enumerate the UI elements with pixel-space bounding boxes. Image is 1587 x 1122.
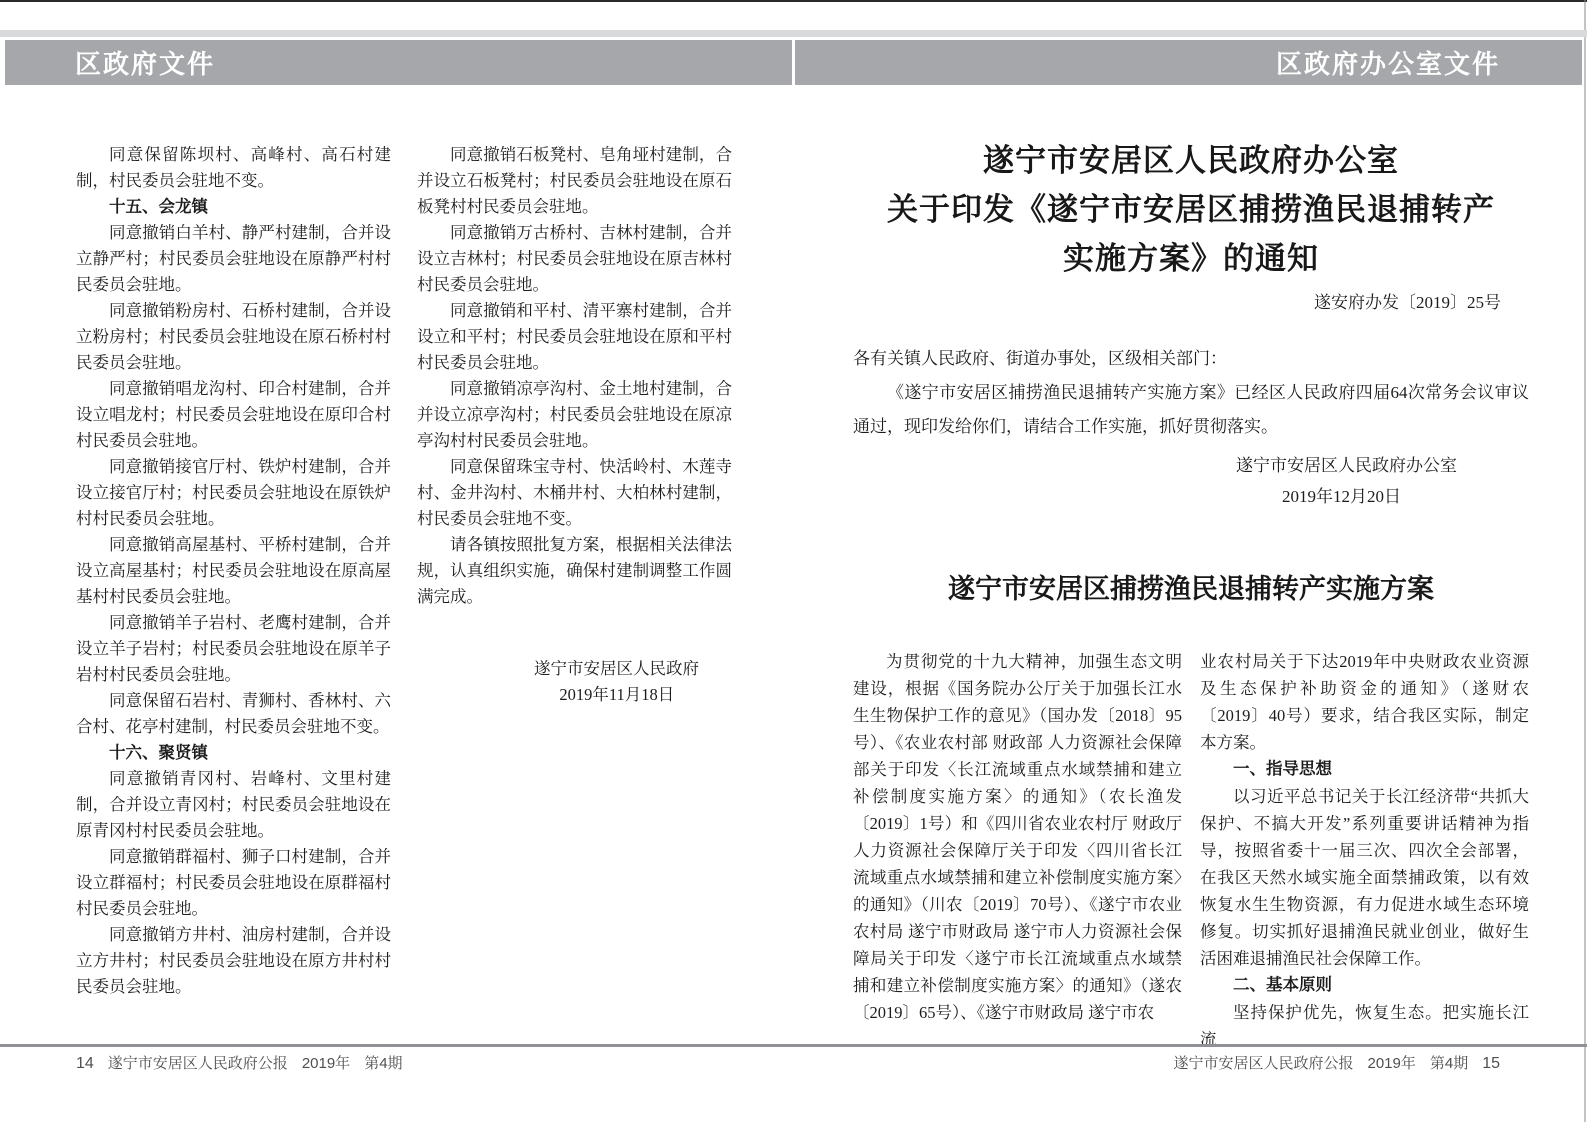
notice-signature: 遂宁市安居区人民政府办公室2019年12月20日 xyxy=(853,450,1529,512)
left-page-column-1: 同意保留陈坝村、高峰村、高石村建制，村民委员会驻地不变。十五、会龙镇同意撤销白羊… xyxy=(76,142,391,1000)
scan-top-edge-line xyxy=(0,0,1587,2)
paragraph: 同意撤销和平村、清平寨村建制，合并设立和平村；村民委员会驻地设在原和平村村民委员… xyxy=(417,298,732,376)
gazette-spread: { "page_left": { "header": "区政府文件", "col… xyxy=(0,0,1587,1122)
paragraph: 遂宁市安居区人民政府办公室 xyxy=(853,450,1529,481)
left-page-header-label: 区政府文件 xyxy=(75,44,215,81)
journal-name: 遂宁市安居区人民政府公报 xyxy=(108,1052,288,1073)
paragraph: 一、指导思想 xyxy=(1200,756,1529,783)
paragraph: 遂宁市安居区人民政府 xyxy=(417,656,732,682)
notice-title: 遂宁市安居区人民政府办公室 关于印发《遂宁市安居区捕捞渔民退捕转产 实施方案》的… xyxy=(853,136,1529,283)
plan-title: 遂宁市安居区捕捞渔民退捕转产实施方案 xyxy=(853,567,1529,606)
paragraph: 为贯彻党的十九大精神，加强生态文明建设，根据《国务院办公厅关于加强长江水生生物保… xyxy=(853,648,1182,1026)
paragraph: 同意撤销粉房村、石桥村建制，合并设立粉房村；村民委员会驻地设在原石桥村村民委员会… xyxy=(76,298,391,376)
right-page-header-bar: 区政府办公室文件 xyxy=(795,40,1582,85)
paragraph: 同意保留石岩村、青狮村、香林村、六合村、花亭村建制，村民委员会驻地不变。 xyxy=(76,688,391,740)
paragraph: 业农村局关于下达2019年中央财政农业资源及生态保护补助资金的通知》（遂财农〔2… xyxy=(1200,648,1529,756)
paragraph: 十六、聚贤镇 xyxy=(76,740,391,766)
journal-issue: 第4期 xyxy=(1430,1052,1468,1073)
paragraph: 同意撤销高屋基村、平桥村建制，合并设立高屋基村；村民委员会驻地设在原高屋基村村民… xyxy=(76,532,391,610)
left-page-body: 同意保留陈坝村、高峰村、高石村建制，村民委员会驻地不变。十五、会龙镇同意撤销白羊… xyxy=(76,142,732,1000)
paragraph: 同意撤销万古桥村、吉林村建制，合并设立吉林村；村民委员会驻地设在原吉林村村民委员… xyxy=(417,220,732,298)
left-page-header-bar: 区政府文件 xyxy=(5,40,792,85)
left-page-footer: 14 遂宁市安居区人民政府公报 2019年 第4期 xyxy=(76,1052,403,1073)
scan-right-edge-line xyxy=(1584,0,1586,1122)
paragraph: 各有关镇人民政府、街道办事处，区级相关部门： xyxy=(853,342,1529,376)
journal-year: 2019年 xyxy=(1367,1052,1415,1073)
paragraph: 同意撤销凉亭沟村、金土地村建制，合并设立凉亭沟村；村民委员会驻地设在原凉亭沟村村… xyxy=(417,376,732,454)
journal-issue: 第4期 xyxy=(364,1052,402,1073)
right-page-column-1: 为贯彻党的十九大精神，加强生态文明建设，根据《国务院办公厅关于加强长江水生生物保… xyxy=(853,648,1182,1053)
left-page-number: 14 xyxy=(76,1055,94,1073)
right-page-body: 为贯彻党的十九大精神，加强生态文明建设，根据《国务院办公厅关于加强长江水生生物保… xyxy=(853,648,1529,1053)
paragraph: 《遂宁市安居区捕捞渔民退捕转产实施方案》已经区人民政府四届64次常务会议审议通过… xyxy=(853,376,1529,444)
paragraph: 同意撤销唱龙沟村、印合村建制，合并设立唱龙村；村民委员会驻地设在原印合村村民委员… xyxy=(76,376,391,454)
header-accent-strip xyxy=(0,30,1587,37)
right-page-footer: 遂宁市安居区人民政府公报 2019年 第4期 15 xyxy=(1173,1052,1500,1073)
paragraph: 同意撤销白羊村、静严村建制，合并设立静严村；村民委员会驻地设在原静严村村民委员会… xyxy=(76,220,391,298)
paragraph: 请各镇按照批复方案，根据相关法律法规，认真组织实施，确保村建制调整工作圆满完成。 xyxy=(417,532,732,610)
document-number: 遂安府办发〔2019〕25号 xyxy=(853,288,1529,313)
paragraph: 二、基本原则 xyxy=(1200,972,1529,999)
journal-name: 遂宁市安居区人民政府公报 xyxy=(1173,1052,1353,1073)
paragraph: 同意撤销青冈村、岩峰村、文里村建制，合并设立青冈村；村民委员会驻地设在原青冈村村… xyxy=(76,766,391,844)
paragraph: 同意撤销群福村、狮子口村建制，合并设立群福村；村民委员会驻地设在原群福村村民委员… xyxy=(76,844,391,922)
right-page-header-label: 区政府办公室文件 xyxy=(1276,44,1500,81)
paragraph: 十五、会龙镇 xyxy=(76,194,391,220)
paragraph: 2019年12月20日 xyxy=(853,481,1529,512)
right-page-number: 15 xyxy=(1482,1055,1500,1073)
paragraph: 同意保留陈坝村、高峰村、高石村建制，村民委员会驻地不变。 xyxy=(76,142,391,194)
paragraph: 同意撤销方井村、油房村建制，合并设立方井村；村民委员会驻地设在原方井村村民委员会… xyxy=(76,922,391,1000)
paragraph: 同意撤销接官厅村、铁炉村建制，合并设立接官厅村；村民委员会驻地设在原铁炉村村民委… xyxy=(76,454,391,532)
journal-year: 2019年 xyxy=(302,1052,350,1073)
footer-rule xyxy=(0,1044,1587,1047)
paragraph: 同意撤销羊子岩村、老鹰村建制，合并设立羊子岩村；村民委员会驻地设在原羊子岩村村民… xyxy=(76,610,391,688)
paragraph: 同意保留珠宝寺村、快活岭村、木莲寺村、金井沟村、木桶井村、大柏林村建制，村民委员… xyxy=(417,454,732,532)
left-page-column-2: 同意撤销石板凳村、皂角垭村建制，合并设立石板凳村；村民委员会驻地设在原石板凳村村… xyxy=(417,142,732,1000)
paragraph: 2019年11月18日 xyxy=(417,682,732,708)
paragraph: 以习近平总书记关于长江经济带“共抓大保护、不搞大开发”系列重要讲话精神为指导，按… xyxy=(1200,783,1529,972)
right-page-column-2: 业农村局关于下达2019年中央财政农业资源及生态保护补助资金的通知》（遂财农〔2… xyxy=(1200,648,1529,1053)
notice-body: 各有关镇人民政府、街道办事处，区级相关部门：《遂宁市安居区捕捞渔民退捕转产实施方… xyxy=(853,342,1529,444)
paragraph: 同意撤销石板凳村、皂角垭村建制，合并设立石板凳村；村民委员会驻地设在原石板凳村村… xyxy=(417,142,732,220)
